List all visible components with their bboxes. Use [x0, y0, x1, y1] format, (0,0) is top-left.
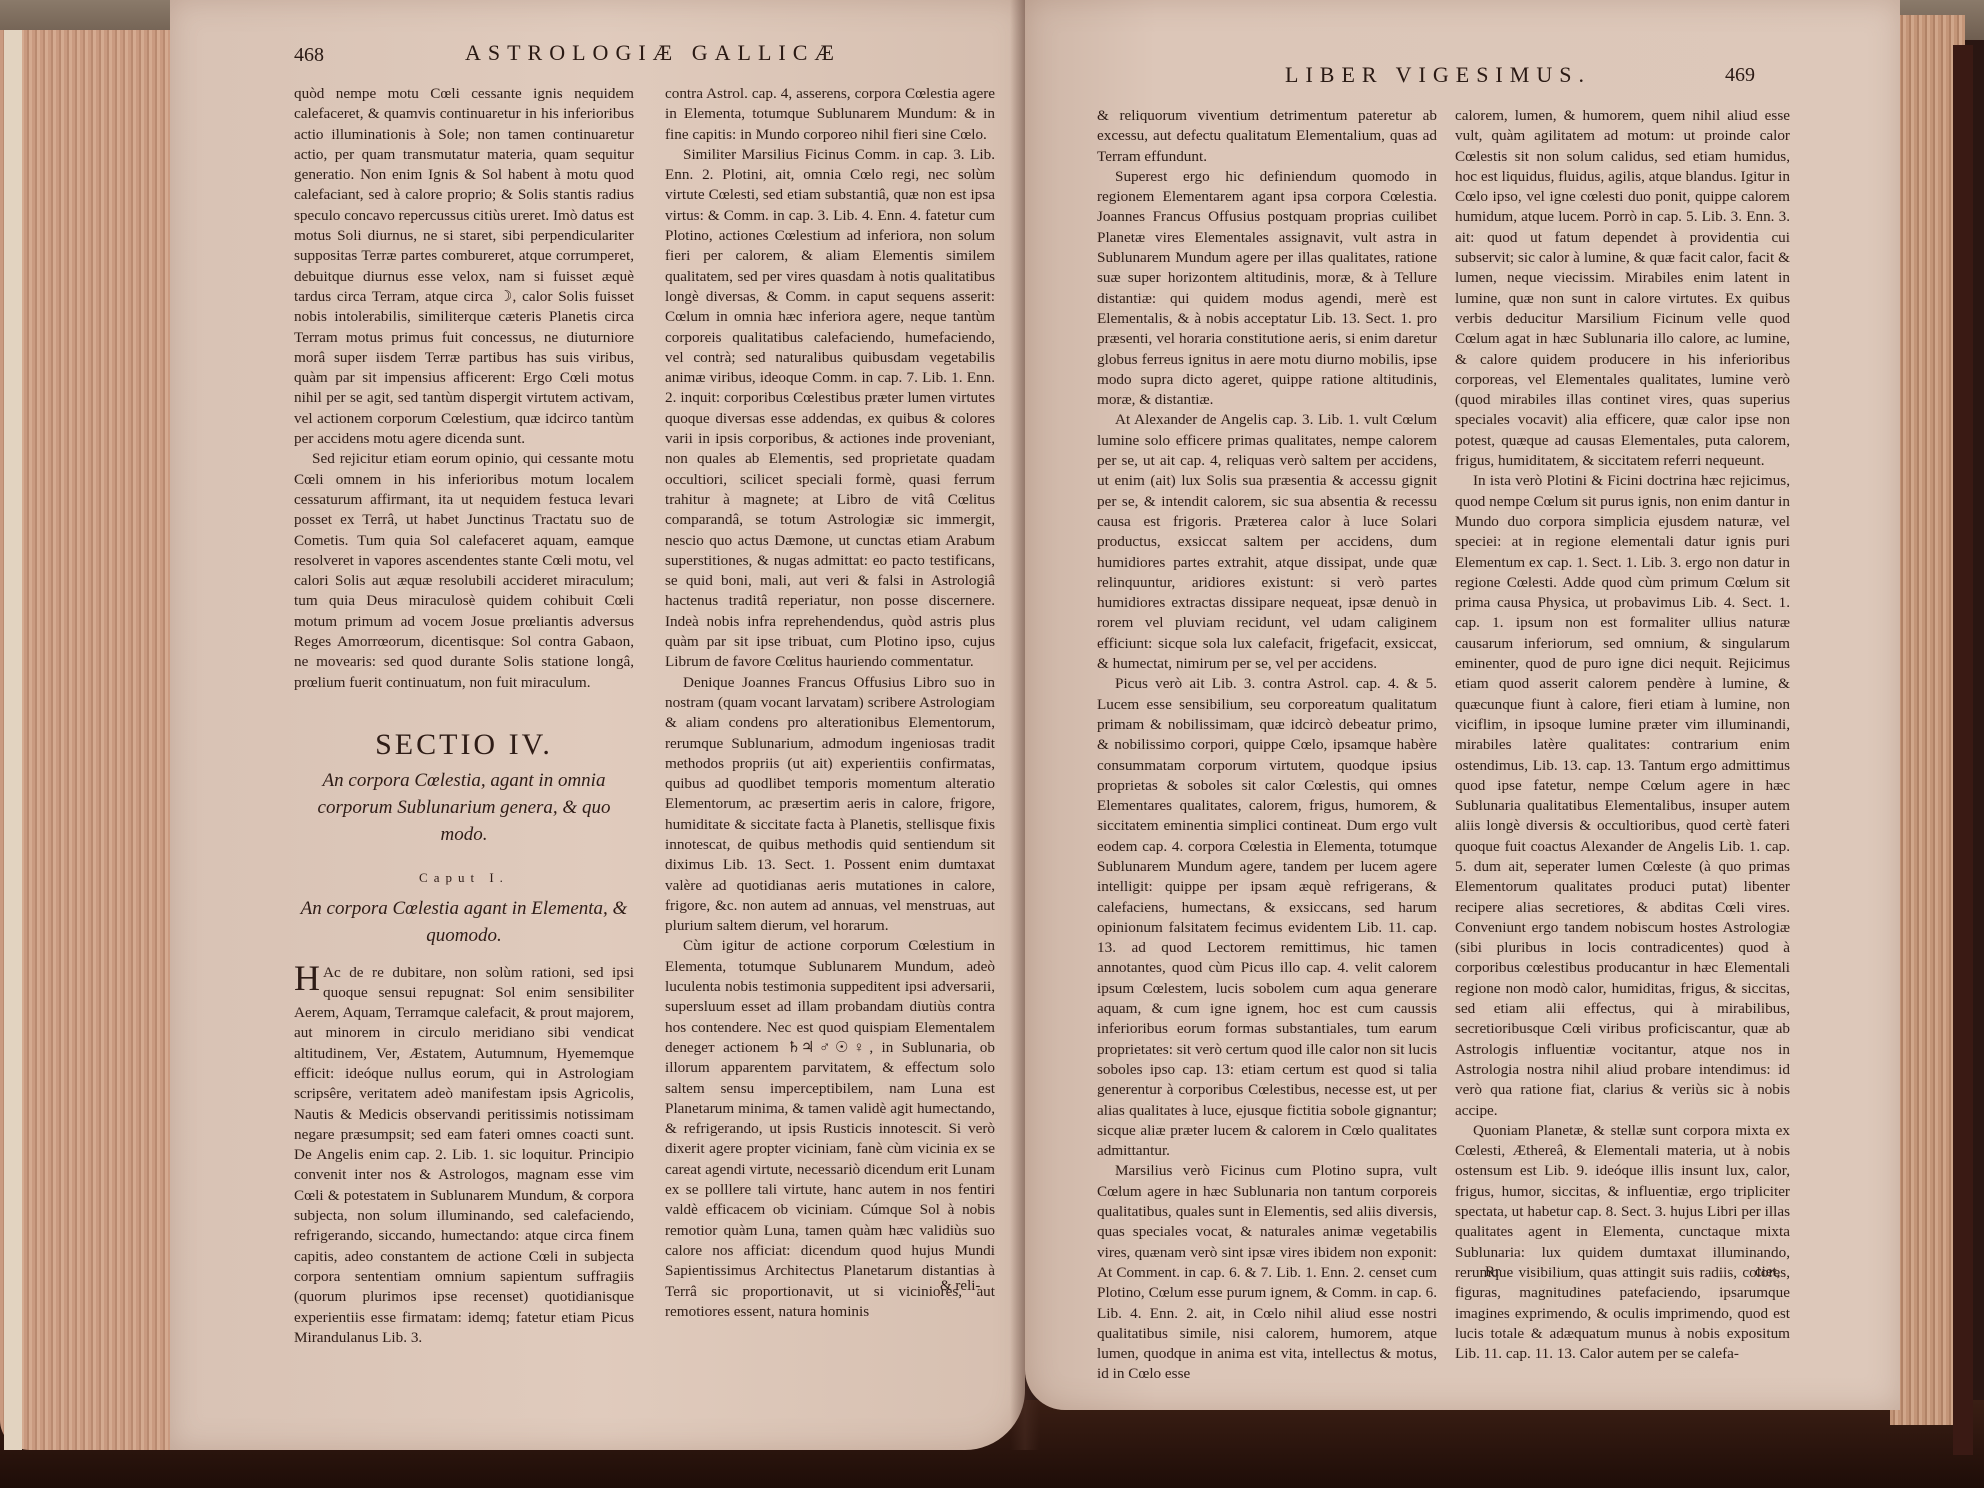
paragraph: Picus verò ait Lib. 3. contra Astrol. ca… — [1097, 674, 1437, 1161]
page-number-left: 468 — [294, 44, 324, 67]
right-page-column-2: calorem, lumen, & humorem, quem nihil al… — [1455, 106, 1790, 1364]
paragraph: contra Astrol. cap. 4, asserens, corpora… — [665, 84, 995, 145]
paragraph: calorem, lumen, & humorem, quem nihil al… — [1455, 106, 1790, 471]
paragraph: Denique Joannes Francus Offusius Libro s… — [665, 673, 995, 937]
chapter-title: An corpora Cœlestia agant in Elementa, &… — [294, 895, 634, 949]
paragraph: In ista verò Plotini & Ficini doctrina h… — [1455, 471, 1790, 1121]
chapter-text: Ac de re dubitare, non solùm rationi, se… — [294, 964, 634, 1346]
running-head-right: LIBER VIGESIMUS. — [1285, 62, 1591, 88]
paragraph: Marsilius verò Ficinus cum Plotino supra… — [1097, 1161, 1437, 1384]
catchword-left: & reli- — [940, 1278, 980, 1295]
section-subtitle: An corpora Cœlestia, agant in omnia corp… — [294, 767, 634, 848]
paragraph: Superest ergo hic definiendum quomodo in… — [1097, 167, 1437, 411]
paragraph: At Alexander de Angelis cap. 3. Lib. 1. … — [1097, 410, 1437, 674]
right-page-stack-edge — [1890, 15, 1965, 1425]
running-head-left: ASTROLOGIÆ GALLICÆ — [465, 40, 841, 66]
paragraph: Sed rejicitur etiam eorum opinio, qui ce… — [294, 449, 634, 693]
section-title: SECTIO IV. — [294, 735, 634, 755]
signature-mark: Rr — [1485, 1264, 1500, 1281]
paragraph: Cùm igitur de actione corporum Cœlestium… — [665, 936, 995, 1322]
left-page-stack-edge — [0, 30, 190, 1450]
left-page: 468 ASTROLOGIÆ GALLICÆ quòd nempe motu C… — [170, 0, 1025, 1450]
paragraph: & reliquorum viventium detrimentum pater… — [1097, 106, 1437, 167]
right-page-column-1: & reliquorum viventium detrimentum pater… — [1097, 106, 1437, 1385]
paragraph: Similiter Marsilius Ficinus Comm. in cap… — [665, 145, 995, 673]
left-page-column-1: quòd nempe motu Cœli cessante ignis nequ… — [294, 84, 634, 1348]
drop-cap: H — [294, 963, 320, 993]
right-page: LIBER VIGESIMUS. 469 & reliquorum vivent… — [1025, 0, 1900, 1410]
photo-scene: 468 ASTROLOGIÆ GALLICÆ quòd nempe motu C… — [0, 0, 1984, 1488]
chapter-label: Caput I. — [294, 868, 634, 888]
catchword-right: ciet, — [1755, 1264, 1780, 1281]
paragraph: Quoniam Planetæ, & stellæ sunt corpora m… — [1455, 1121, 1790, 1365]
left-page-column-2: contra Astrol. cap. 4, asserens, corpora… — [665, 84, 995, 1322]
page-number-right: 469 — [1725, 64, 1755, 87]
paragraph: quòd nempe motu Cœli cessante ignis nequ… — [294, 84, 634, 449]
chapter-paragraph: HAc de re dubitare, non solùm rationi, s… — [294, 963, 634, 1349]
